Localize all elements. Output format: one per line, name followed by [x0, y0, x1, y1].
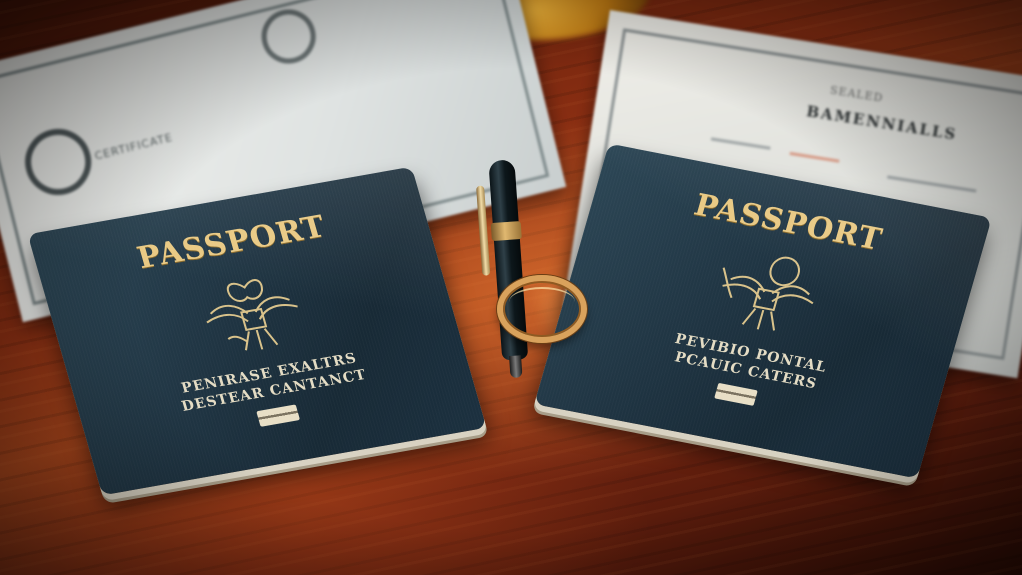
biometric-chip-icon — [256, 404, 300, 426]
wooden-desk-scene: CERTIFICATE SEALED BAMENNIALLS PASSPORT … — [0, 0, 1022, 575]
pen-gold-band — [491, 221, 522, 241]
eagle-emblem-icon — [180, 258, 323, 366]
gold-ring-icon — [497, 275, 587, 343]
pen-clip — [476, 185, 490, 275]
biometric-chip-icon — [714, 383, 758, 406]
pen-tip — [509, 355, 523, 378]
eagle-emblem-icon — [697, 237, 840, 347]
